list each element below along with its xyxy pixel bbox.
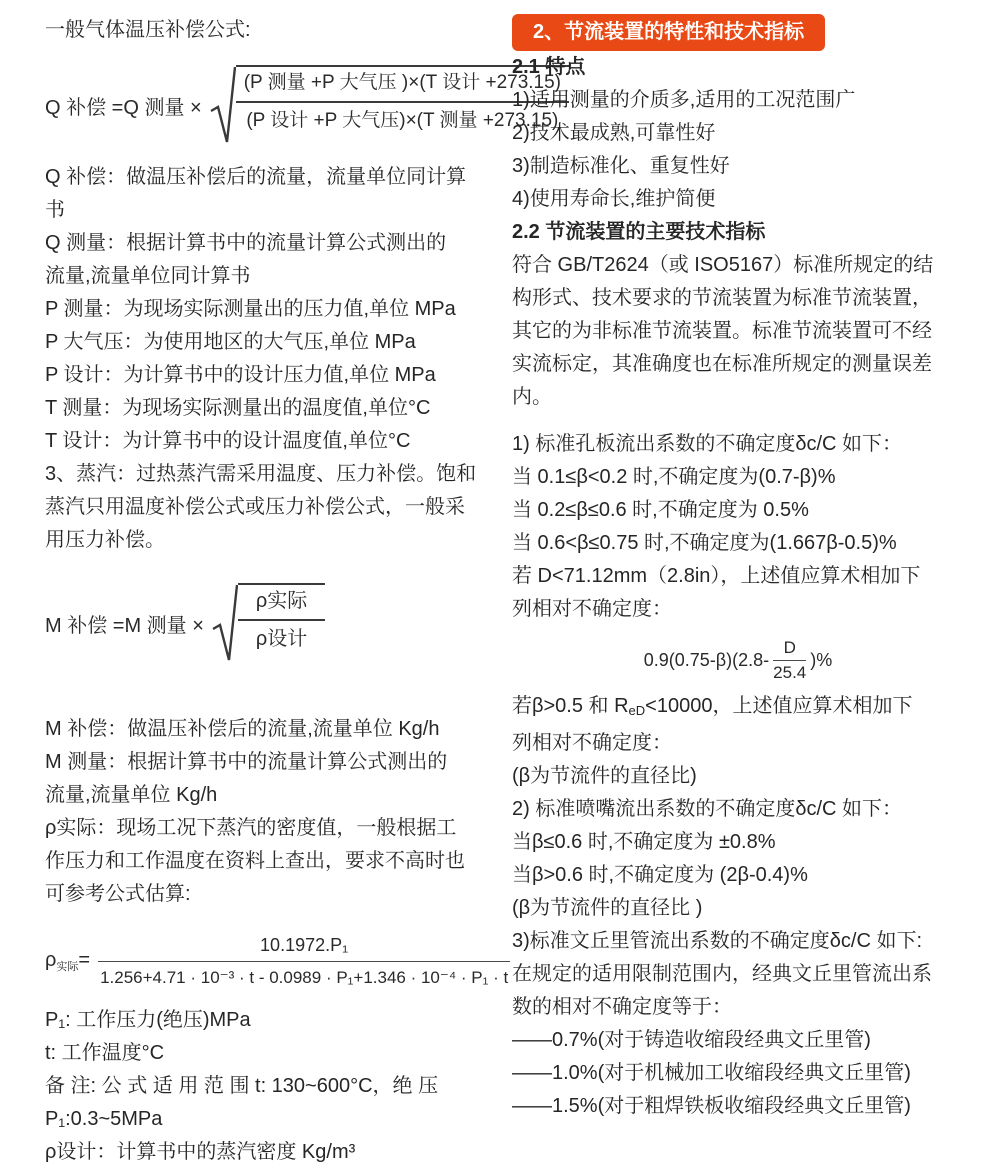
right-column: 2、节流装置的特性和技术指标 2.1 特点 1)适用测量的介质多,适用的工况范围…: [512, 14, 964, 1123]
text-line: ρ实际：现场工况下蒸汽的密度值，一般根据工: [45, 812, 481, 845]
reynolds-condition-line: 若β>0.5 和 ReD<10000，上述值应算术相加下: [512, 690, 964, 727]
text-line: 列相对不确定度：: [512, 727, 964, 760]
subscript: 实际: [56, 961, 78, 973]
text-line: 流量,流量单位同计算书: [45, 260, 481, 293]
text-line: T 测量：为现场实际测量出的温度值,单位°C: [45, 392, 481, 425]
inline-fraction: D 25.4: [773, 638, 806, 683]
text-line: Q 补偿：做温压补偿后的流量，流量单位同计算: [45, 161, 481, 194]
text-line: 流量,流量单位 Kg/h: [45, 779, 481, 812]
text-line: 当β>0.6 时,不确定度为 (2β-0.4)%: [512, 859, 964, 892]
text-line: 当 0.2≤β≤0.6 时,不确定度为 0.5%: [512, 494, 964, 527]
left-column: 一般气体温压补偿公式: Q 补偿 =Q 测量 × (P 测量 +P 大气压 )×…: [45, 14, 481, 1167]
text-line: M 测量：根据计算书中的流量计算公式测出的: [45, 746, 481, 779]
orifice-additional-uncertainty-formula: 0.9(0.75-β)(2.8- D 25.4 )%: [512, 632, 964, 688]
formula-numerator: ρ实际: [238, 585, 325, 621]
gas-formula-intro: 一般气体温压补偿公式:: [45, 14, 481, 47]
steam-formula-definitions: M 补偿：做温压补偿后的流量,流量单位 Kg/h M 测量：根据计算书中的流量计…: [45, 713, 481, 911]
section-2-2-title: 2.2 节流装置的主要技术指标: [512, 216, 964, 249]
section-2-1-title: 2.1 特点: [512, 51, 964, 84]
text-line: 列相对不确定度：: [512, 593, 964, 626]
formula-denominator: ρ设计: [238, 621, 325, 655]
formula-denominator: 1.256+4.71 · 10⁻³ · t - 0.0989 · P₁+1.34…: [98, 962, 510, 990]
text-line: 作压力和工作温度在资料上查出，要求不高时也: [45, 845, 481, 878]
section-2-1-list: 1)适用测量的介质多,适用的工况范围广 2)技术最成熟,可靠性好 3)制造标准化…: [512, 84, 964, 216]
formula-suffix: )%: [810, 650, 832, 671]
subscript: eD: [629, 703, 646, 718]
nozzle-venturi-section: 若β>0.5 和 ReD<10000，上述值应算术相加下 列相对不确定度： (β…: [512, 690, 964, 1123]
gas-formula-definitions: Q 补偿：做温压补偿后的流量，流量单位同计算 书 Q 测量：根据计算书中的流量计…: [45, 161, 481, 557]
section-2-banner-label: 2、节流装置的特性和技术指标: [533, 21, 804, 43]
text-line: 其它的为非标准节流装置。标准节流装置可不经: [512, 315, 964, 348]
gas-temp-pressure-compensation-formula: Q 补偿 =Q 测量 × (P 测量 +P 大气压 )×(T 设计 +273.1…: [45, 65, 481, 145]
list-item: 3)制造标准化、重复性好: [512, 150, 964, 183]
formula-lhs: M 补偿 =M 测量 ×: [45, 609, 204, 638]
text-line: 蒸汽只用温度补偿公式或压力补偿公式，一般采: [45, 491, 481, 524]
text-line: (β为节流件的直径比): [512, 760, 964, 793]
density-formula-notes: P₁: 工作压力(绝压)MPa t: 工作温度°C 备 注: 公 式 适 用 范…: [45, 1004, 481, 1167]
document-page: 一般气体温压补偿公式: Q 补偿 =Q 测量 × (P 测量 +P 大气压 )×…: [0, 0, 1000, 1167]
text-line: 3)标准文丘里管流出系数的不确定度δc/C 如下:: [512, 925, 964, 958]
text-line: (β为节流件的直径比 ): [512, 892, 964, 925]
text-line: 2) 标准喷嘴流出系数的不确定度δc/C 如下：: [512, 793, 964, 826]
text-line: ρ设计：计算书中的蒸汽密度 Kg/m³: [45, 1136, 481, 1167]
text-line: ——0.7%(对于铸造收缩段经典文丘里管): [512, 1024, 964, 1057]
text-line: 备 注: 公 式 适 用 范 围 t: 130~600°C，绝 压: [45, 1070, 481, 1103]
square-root: ρ实际 ρ设计: [212, 583, 325, 663]
formula-numerator: D: [773, 638, 806, 661]
formula-prefix: 0.9(0.75-β)(2.8-: [644, 650, 769, 671]
radical-sign-icon: [210, 65, 236, 145]
list-item: 2)技术最成熟,可靠性好: [512, 117, 964, 150]
radical-sign-icon: [212, 583, 238, 663]
formula-denominator: 25.4: [773, 661, 806, 683]
text-line: 在规定的适用限制范围内，经典文丘里管流出系: [512, 958, 964, 991]
orifice-uncertainty-section: 1) 标准孔板流出系数的不确定度δc/C 如下： 当 0.1≤β<0.2 时,不…: [512, 428, 964, 626]
text-line: 内。: [512, 381, 964, 414]
text-line: 可参考公式估算:: [45, 878, 481, 911]
text-line: 实流标定，其准确度也在标准所规定的测量误差: [512, 348, 964, 381]
formula-numerator: 10.1972.P₁: [98, 933, 510, 962]
list-item: 4)使用寿命长,维护简便: [512, 183, 964, 216]
text-line: 当 0.1≤β<0.2 时,不确定度为(0.7-β)%: [512, 461, 964, 494]
text-line: 数的相对不确定度等于：: [512, 991, 964, 1024]
text-line: P 设计：为计算书中的设计压力值,单位 MPa: [45, 359, 481, 392]
text-line: P 测量：为现场实际测量出的压力值,单位 MPa: [45, 293, 481, 326]
text-line: 用压力补偿。: [45, 524, 481, 557]
text-line: 3、蒸汽：过热蒸汽需采用温度、压力补偿。饱和: [45, 458, 481, 491]
text-line: t: 工作温度°C: [45, 1037, 481, 1070]
section-2-banner: 2、节流装置的特性和技术指标: [512, 14, 825, 51]
section-2-2-paragraph: 符合 GB/T2624（或 ISO5167）标准所规定的结 构形式、技术要求的节…: [512, 249, 964, 414]
text-line: T 设计：为计算书中的设计温度值,单位°C: [45, 425, 481, 458]
steam-mass-compensation-formula: M 补偿 =M 测量 × ρ实际 ρ设计: [45, 583, 481, 663]
text-line: Q 测量：根据计算书中的流量计算公式测出的: [45, 227, 481, 260]
formula-lhs: ρ实际=: [45, 949, 90, 974]
text-line: M 补偿：做温压补偿后的流量,流量单位 Kg/h: [45, 713, 481, 746]
text-line: 书: [45, 194, 481, 227]
text-line: 构形式、技术要求的节流装置为标准节流装置，: [512, 282, 964, 315]
text-line: P₁:0.3~5MPa: [45, 1103, 481, 1136]
text-line: P₁: 工作压力(绝压)MPa: [45, 1004, 481, 1037]
text-line: ——1.0%(对于机械加工收缩段经典文丘里管): [512, 1057, 964, 1090]
text-line: 若 D<71.12mm（2.8in），上述值应算术相加下: [512, 560, 964, 593]
text-line: 当β≤0.6 时,不确定度为 ±0.8%: [512, 826, 964, 859]
text-line: P 大气压：为使用地区的大气压,单位 MPa: [45, 326, 481, 359]
text-line: 1) 标准孔板流出系数的不确定度δc/C 如下：: [512, 428, 964, 461]
text-line: 符合 GB/T2624（或 ISO5167）标准所规定的结: [512, 249, 964, 282]
text-line: 当 0.6<β≤0.75 时,不确定度为(1.667β-0.5)%: [512, 527, 964, 560]
list-item: 1)适用测量的介质多,适用的工况范围广: [512, 84, 964, 117]
density-estimation-formula: ρ实际= 10.1972.P₁ 1.256+4.71 · 10⁻³ · t - …: [45, 933, 481, 990]
formula-lhs: Q 补偿 =Q 测量 ×: [45, 91, 202, 120]
text-line: ——1.5%(对于粗焊铁板收缩段经典文丘里管): [512, 1090, 964, 1123]
